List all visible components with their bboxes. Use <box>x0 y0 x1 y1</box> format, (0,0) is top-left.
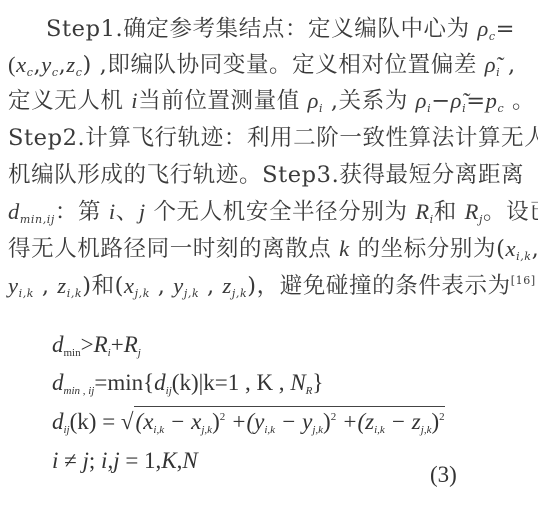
subscript: j,k <box>201 424 212 436</box>
var-d: d <box>52 409 64 434</box>
subscript: min,ij <box>20 213 55 226</box>
var-x: x <box>505 236 516 261</box>
subscript: i,k <box>264 424 275 436</box>
subscript: i,k <box>67 287 82 300</box>
paragraph-line-7: 得无人机路径同一时刻的离散点 k 的坐标分别为(xi,k, <box>8 234 532 264</box>
subscript: c <box>52 66 59 79</box>
subscript: j,k <box>421 424 432 436</box>
text: )，避免碰撞的条件表示为 <box>247 273 510 299</box>
subscript: min , ij <box>64 385 95 397</box>
text: ) ,即编队协同变量。定义相对位置偏差 <box>82 52 484 78</box>
var-K: K <box>161 448 176 473</box>
text: 。 <box>504 88 535 114</box>
text: 。设已求 <box>483 199 538 225</box>
rho-tilde-symbol: ρ̃ <box>485 52 496 77</box>
rho-symbol: ρ <box>416 88 427 113</box>
text: 机编队形成的飞行轨迹。Step3.获得最短分离距离 <box>8 162 524 188</box>
var-z: z <box>57 273 66 298</box>
operator: + <box>111 332 124 357</box>
subscript: min <box>64 347 81 359</box>
var-z: z <box>223 273 232 298</box>
text: ( <box>8 52 16 77</box>
var-y: y <box>8 273 19 298</box>
text: = 1, <box>120 448 162 473</box>
sqrt-icon: √ <box>121 409 134 434</box>
text: Step1.确定参考集结点：定义编队中心为 <box>46 16 478 42</box>
rho-symbol: ρ <box>308 88 319 113</box>
equation-number: (3) <box>430 462 457 488</box>
text: +(y <box>225 409 264 434</box>
var-i: i <box>109 199 116 224</box>
subscript: i,k <box>374 424 385 436</box>
text: − z <box>385 409 421 434</box>
equation-line-2: dmin , ij=min{dij(k)|k=1 , K , NR} <box>52 368 323 398</box>
paragraph-line-4: Step2.计算飞行轨迹：利用二阶一致性算法计算无人 <box>8 123 532 153</box>
subscript: c <box>27 66 34 79</box>
var-y: y <box>173 273 184 298</box>
var-x: x <box>16 52 27 77</box>
text: ; <box>89 448 101 473</box>
var-j: j <box>139 199 146 224</box>
paragraph-line-6: dmin,ij：第 i、j 个无人机安全半径分别为 Ri和 Rj。设已求 <box>8 197 532 227</box>
operator: > <box>81 332 94 357</box>
text: , <box>532 236 538 262</box>
subscript: j,k <box>232 287 247 300</box>
text: 定义无人机 <box>8 88 131 114</box>
subscript: j,k <box>184 287 199 300</box>
paragraph-line-5: 机编队形成的飞行轨迹。Step3.获得最短分离距离 <box>8 160 532 190</box>
paragraph-line-8: yi,k , zi,k)和(xj,k , yj,k , zj,k)，避免碰撞的条… <box>8 271 532 301</box>
var-x: x <box>124 273 135 298</box>
text: 个无人机安全半径分别为 <box>146 199 416 225</box>
paragraph-line-3: 定义无人机 i当前位置测量值 ρi ,关系为 ρi−ρ̃i=pc 。 <box>8 86 532 116</box>
text: ) <box>323 409 331 434</box>
text: , <box>500 52 516 78</box>
operator: ≠ <box>58 448 82 473</box>
subscript: j <box>138 347 141 359</box>
var-d: d <box>154 370 166 395</box>
paragraph-line-1: Step1.确定参考集结点：定义编队中心为 ρc= <box>46 14 532 44</box>
rho-symbol: ρ <box>478 16 489 41</box>
equation-line-3: dij(k) = √(xi,k − xj,k)2 +(yi,k − yj,k)2… <box>52 406 445 437</box>
var-N: N <box>290 370 305 395</box>
text: (x <box>136 409 154 434</box>
var-R: R <box>124 332 138 357</box>
var-R: R <box>465 199 479 224</box>
text: − x <box>164 409 201 434</box>
text: (k)|k=1 , K , <box>172 370 291 395</box>
subscript: i,k <box>153 424 164 436</box>
equation-line-1: dmin>Ri+Rj <box>52 330 141 360</box>
text: ) <box>212 409 220 434</box>
text: ,关系为 <box>323 88 416 114</box>
text: ) <box>431 409 439 434</box>
var-z: z <box>66 52 75 77</box>
equation-line-4: i ≠ j; i,j = 1,K,N <box>52 446 198 476</box>
var-d: d <box>52 332 64 357</box>
subscript: i,k <box>516 250 531 263</box>
text: )和( <box>82 273 124 299</box>
var-y: y <box>41 52 52 77</box>
var-d: d <box>52 370 64 395</box>
text: = <box>496 16 515 42</box>
var-R: R <box>415 199 429 224</box>
text: ：第 <box>55 199 109 225</box>
var-d: d <box>8 199 20 224</box>
rho-tilde-symbol: ρ̃ <box>451 88 462 113</box>
citation: [16] <box>511 274 536 287</box>
text: } <box>312 370 323 395</box>
paragraph-line-2: (xc,yc,zc) ,即编队协同变量。定义相对位置偏差 ρ̃i , <box>8 50 532 80</box>
text: 、 <box>116 199 139 225</box>
text: Step2.计算飞行轨迹：利用二阶一致性算法计算无人 <box>8 125 538 151</box>
text: 得无人机路径同一时刻的离散点 <box>8 236 339 262</box>
subscript: c <box>489 30 496 43</box>
text: +(z <box>336 409 374 434</box>
var-N: N <box>182 448 197 473</box>
text: =min{ <box>94 370 154 395</box>
subscript: j,k <box>312 424 323 436</box>
var-R: R <box>94 332 108 357</box>
var-p: p <box>486 88 498 113</box>
text: − y <box>275 409 312 434</box>
superscript: 2 <box>439 411 445 423</box>
text: 的坐标分别为( <box>350 236 506 262</box>
text: 和 <box>434 199 465 225</box>
text: (k) = <box>70 409 121 434</box>
subscript: j,k <box>135 287 150 300</box>
var-k: k <box>339 236 350 261</box>
equals: = <box>466 88 485 114</box>
text: 当前位置测量值 <box>138 88 307 114</box>
radicand: (xi,k − xj,k)2 +(yi,k − yj,k)2 +(zi,k − … <box>134 406 445 437</box>
minus: − <box>431 88 450 114</box>
subscript: i,k <box>19 287 34 300</box>
